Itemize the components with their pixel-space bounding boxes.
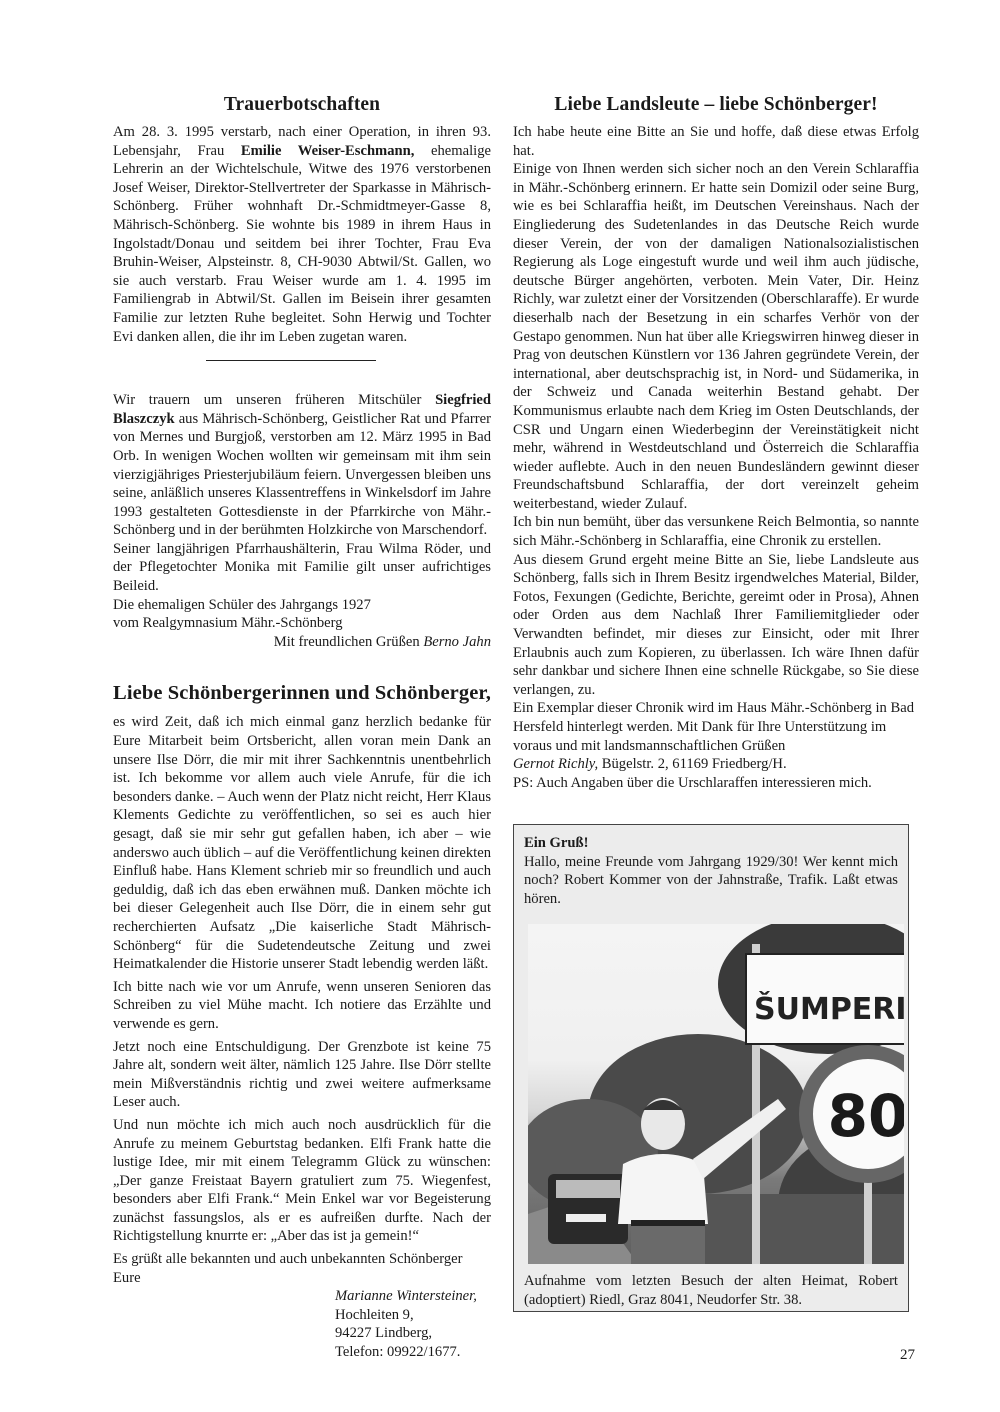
appeal-paragraph: Ein Exemplar dieser Chronik wird im Haus…	[513, 699, 919, 755]
greeting-box-text: Hallo, meine Freunde vom Jahrgang 1929/3…	[524, 853, 898, 909]
appeal-paragraph: Ich bin nun bemüht, über das versunkene …	[513, 513, 919, 550]
mourning-text: Wir trauern um unseren früheren Mitschül…	[113, 391, 491, 540]
letter-paragraph: es wird Zeit, daß ich mich einmal ganz h…	[113, 713, 491, 973]
signature-phone: Telefon: 09922/1677.	[335, 1343, 491, 1362]
section-divider	[206, 360, 376, 361]
left-column: Trauerbotschaften Am 28. 3. 1995 verstar…	[113, 93, 491, 1362]
greeting-box-title: Ein Gruß!	[524, 834, 898, 853]
mourning-section: Wir trauern um unseren früheren Mitschül…	[113, 391, 491, 651]
signature-street: Hochleiten 9,	[335, 1306, 491, 1325]
obituary-text: Am 28. 3. 1995 verstarb, nach einer Oper…	[113, 123, 491, 346]
author-name: Berno Jahn	[423, 634, 491, 650]
greeting-line: Mit freundlichen Grüßen Berno Jahn	[113, 633, 491, 652]
signature-block: Marianne Wintersteiner, Hochleiten 9, 94…	[335, 1287, 491, 1361]
svg-text:ŠUMPERI: ŠUMPERI	[754, 990, 904, 1027]
appeal-paragraph: Einige von Ihnen werden sich sicher noch…	[513, 160, 919, 513]
appeal-paragraph: Ich habe heute eine Bitte an Sie und hof…	[513, 123, 919, 160]
author-address: Bügelstr. 2, 61169 Friedberg/H.	[598, 756, 787, 772]
signoff-line-1: Die ehemaligen Schüler des Jahrgangs 192…	[113, 596, 491, 615]
author-name: Gernot Richly,	[513, 756, 598, 772]
letter-closing: Es grüßt alle bekannten und auch unbekan…	[113, 1250, 491, 1287]
condolence-text: Seiner langjährigen Pfarrhaushälterin, F…	[113, 540, 491, 596]
appeal-ps: PS: Auch Angaben über die Urschlaraffen …	[513, 774, 919, 793]
deceased-name: Emilie Weiser-Eschmann,	[241, 143, 415, 159]
photo-man-at-town-sign: ŠUMPERI 80	[528, 924, 904, 1264]
svg-text:80: 80	[828, 1082, 904, 1150]
photo-illustration: ŠUMPERI 80	[528, 924, 904, 1264]
appeal-signature: Gernot Richly, Bügelstr. 2, 61169 Friedb…	[513, 755, 919, 774]
signoff-line-2: vom Realgymnasium Mähr.-Schönberg	[113, 614, 491, 633]
letter-paragraph: Jetzt noch eine Entschuldigung. Der Gren…	[113, 1038, 491, 1112]
letter-section: Liebe Schönbergerinnen und Schönberger, …	[113, 681, 491, 1361]
appeal-heading: Liebe Landsleute – liebe Schönberger!	[513, 93, 919, 117]
greeting-box: Ein Gruß! Hallo, meine Freunde vom Jahrg…	[513, 824, 909, 1312]
letter-paragraph: Ich bitte nach wie vor um Anrufe, wenn u…	[113, 978, 491, 1034]
appeal-paragraph: Aus diesem Grund ergeht meine Bitte an S…	[513, 551, 919, 700]
photo-caption: Aufnahme vom letzten Besuch der alten He…	[524, 1272, 898, 1309]
letter-heading: Liebe Schönbergerinnen und Schönberger,	[113, 681, 491, 705]
obituary-section: Trauerbotschaften Am 28. 3. 1995 verstar…	[113, 93, 491, 346]
right-column: Liebe Landsleute – liebe Schönberger! Ic…	[513, 93, 919, 792]
appeal-section: Liebe Landsleute – liebe Schönberger! Ic…	[513, 93, 919, 792]
page-number: 27	[900, 1347, 915, 1364]
signature-city: 94227 Lindberg,	[335, 1324, 491, 1343]
letter-paragraph: Und nun möchte ich mich auch noch ausdrü…	[113, 1116, 491, 1246]
signature-name: Marianne Wintersteiner,	[335, 1288, 477, 1304]
obituary-heading: Trauerbotschaften	[113, 93, 491, 117]
